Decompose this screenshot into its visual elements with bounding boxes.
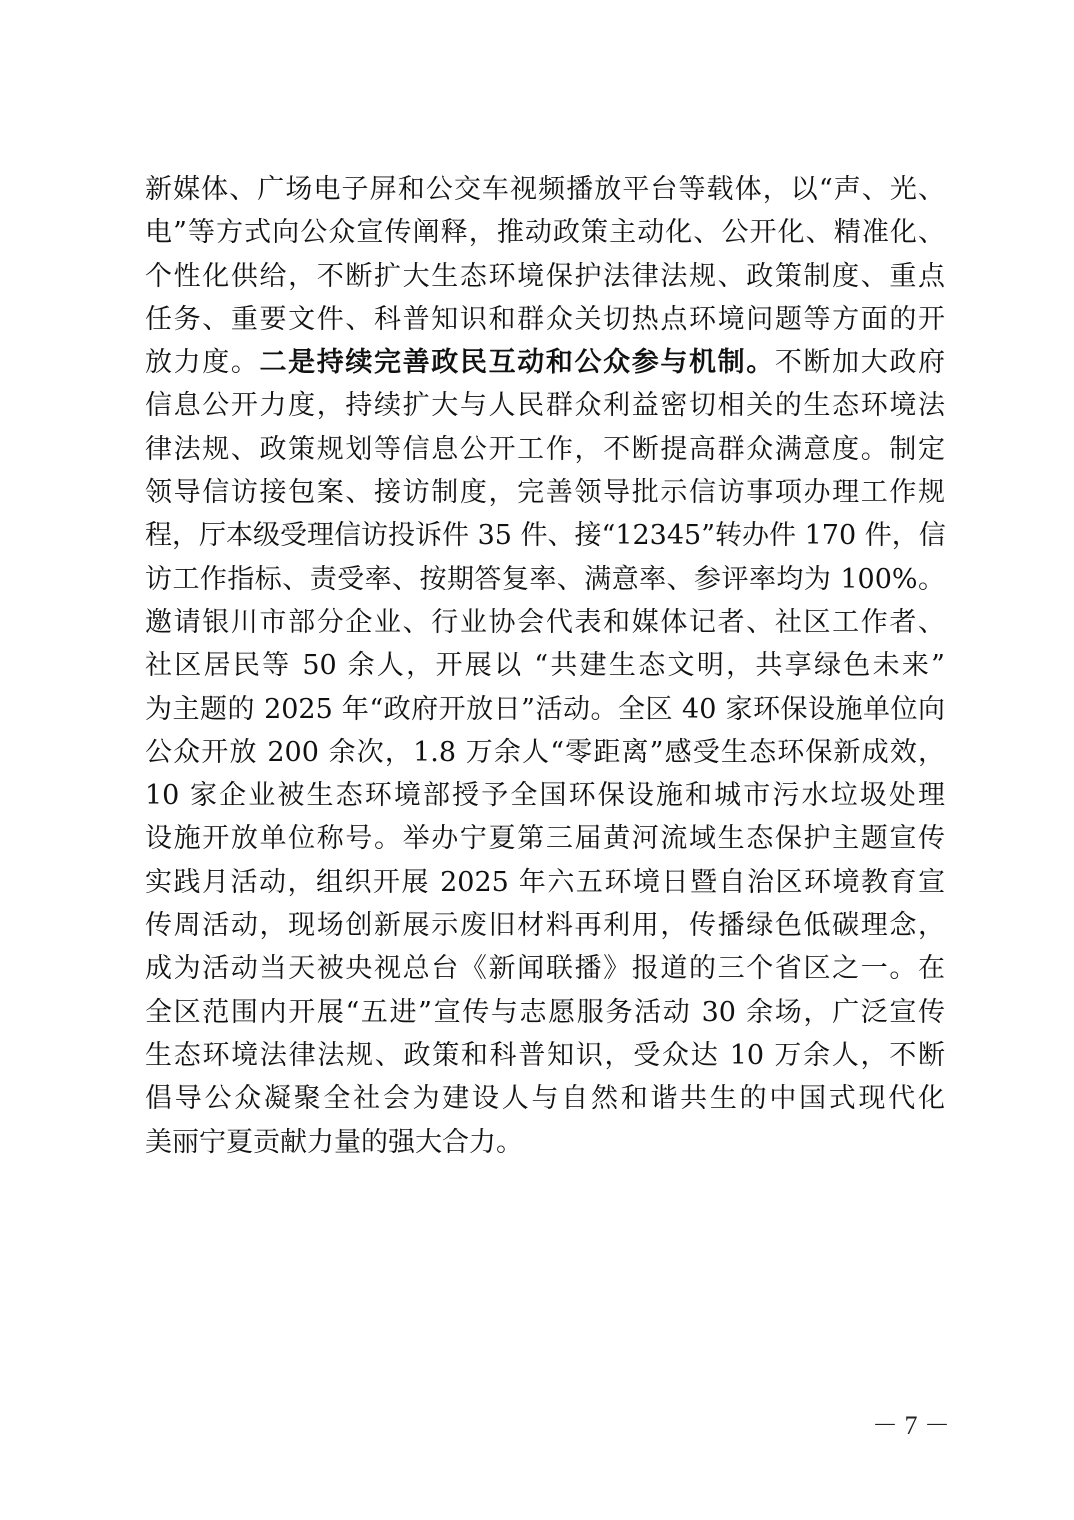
text-segment: 新媒体、广场电子屏和公交车视频播放平台等载体，以“声、光、 xyxy=(145,174,945,205)
text-segment: 成为活动当天被央视总台《新闻联播》报道的三个省区之一。在 xyxy=(145,953,945,984)
text-segment: 设施开放单位称号。举办宁夏第三届黄河流域生态保护主题宣传 xyxy=(145,823,945,854)
text-line: 程，厅本级受理信访投诉件 35 件、接“12345”转办件 170 件，信 xyxy=(145,514,945,557)
text-segment: 公众开放 200 余次，1.8 万余人“零距离”感受生态环保新成效， xyxy=(145,737,945,768)
text-segment: 个性化供给，不断扩大生态环境保护法律法规、政策制度、重点 xyxy=(145,261,945,292)
bold-heading-text: 二是持续完善政民互动和公众参与机制。 xyxy=(260,347,775,378)
text-segment: 邀请银川市部分企业、行业协会代表和媒体记者、社区工作者、 xyxy=(145,607,945,638)
text-line: 访工作指标、责受率、按期答复率、满意率、参评率均为 100%。 xyxy=(145,558,945,601)
text-segment: 访工作指标、责受率、按期答复率、满意率、参评率均为 100%。 xyxy=(145,564,945,595)
text-segment: 不断加大政府 xyxy=(775,347,945,378)
text-segment: 实践月活动，组织开展 2025 年六五环境日暨自治区环境教育宣 xyxy=(145,867,945,898)
text-line: 设施开放单位称号。举办宁夏第三届黄河流域生态保护主题宣传 xyxy=(145,817,945,860)
text-line: 倡导公众凝聚全社会为建设人与自然和谐共生的中国式现代化 xyxy=(145,1077,945,1120)
text-line: 放力度。二是持续完善政民互动和公众参与机制。不断加大政府 xyxy=(145,341,945,384)
text-line: 邀请银川市部分企业、行业协会代表和媒体记者、社区工作者、 xyxy=(145,601,945,644)
text-segment: 信息公开力度，持续扩大与人民群众利益密切相关的生态环境法 xyxy=(145,390,945,421)
text-line: 传周活动，现场创新展示废旧材料再利用，传播绿色低碳理念， xyxy=(145,904,945,947)
text-segment: 为主题的 2025 年“政府开放日”活动。全区 40 家环保设施单位向 xyxy=(145,694,945,725)
text-line: 新媒体、广场电子屏和公交车视频播放平台等载体，以“声、光、 xyxy=(145,168,945,211)
text-line: 公众开放 200 余次，1.8 万余人“零距离”感受生态环保新成效， xyxy=(145,731,945,774)
text-line: 电”等方式向公众宣传阐释，推动政策主动化、公开化、精准化、 xyxy=(145,211,945,254)
text-segment: 全区范围内开展“五进”宣传与志愿服务活动 30 余场，广泛宣传 xyxy=(145,997,945,1028)
text-segment: 电”等方式向公众宣传阐释，推动政策主动化、公开化、精准化、 xyxy=(145,217,945,248)
text-line: 律法规、政策规划等信息公开工作，不断提高群众满意度。制定 xyxy=(145,428,945,471)
text-segment: 传周活动，现场创新展示废旧材料再利用，传播绿色低碳理念， xyxy=(145,910,945,941)
page-number: － 7 － xyxy=(872,1405,952,1442)
text-segment: 倡导公众凝聚全社会为建设人与自然和谐共生的中国式现代化 xyxy=(145,1083,945,1114)
text-line: 全区范围内开展“五进”宣传与志愿服务活动 30 余场，广泛宣传 xyxy=(145,991,945,1034)
text-segment: 美丽宁夏贡献力量的强大合力。 xyxy=(145,1127,523,1158)
text-segment: 社区居民等 50 余人，开展以 “共建生态文明，共享绿色未来” xyxy=(145,650,945,681)
document-page: 新媒体、广场电子屏和公交车视频播放平台等载体，以“声、光、电”等方式向公众宣传阐… xyxy=(0,0,1074,1520)
text-segment: 生态环境法律法规、政策和科普知识，受众达 10 万余人，不断 xyxy=(145,1040,945,1071)
text-line: 任务、重要文件、科普知识和群众关切热点环境问题等方面的开 xyxy=(145,298,945,341)
text-segment: 程，厅本级受理信访投诉件 35 件、接“12345”转办件 170 件，信 xyxy=(145,520,946,551)
text-segment: 任务、重要文件、科普知识和群众关切热点环境问题等方面的开 xyxy=(145,304,945,335)
body-paragraph: 新媒体、广场电子屏和公交车视频播放平台等载体，以“声、光、电”等方式向公众宣传阐… xyxy=(145,168,945,1164)
text-line: 领导信访接包案、接访制度，完善领导批示信访事项办理工作规 xyxy=(145,471,945,514)
text-segment: 放力度。 xyxy=(145,347,260,378)
text-line: 生态环境法律法规、政策和科普知识，受众达 10 万余人，不断 xyxy=(145,1034,945,1077)
text-segment: 10 家企业被生态环境部授予全国环保设施和城市污水垃圾处理 xyxy=(145,780,945,811)
text-line: 美丽宁夏贡献力量的强大合力。 xyxy=(145,1121,945,1164)
text-segment: 律法规、政策规划等信息公开工作，不断提高群众满意度。制定 xyxy=(145,434,945,465)
text-line: 个性化供给，不断扩大生态环境保护法律法规、政策制度、重点 xyxy=(145,255,945,298)
text-line: 实践月活动，组织开展 2025 年六五环境日暨自治区环境教育宣 xyxy=(145,861,945,904)
text-line: 成为活动当天被央视总台《新闻联播》报道的三个省区之一。在 xyxy=(145,947,945,990)
text-line: 10 家企业被生态环境部授予全国环保设施和城市污水垃圾处理 xyxy=(145,774,945,817)
text-segment: 领导信访接包案、接访制度，完善领导批示信访事项办理工作规 xyxy=(145,477,945,508)
text-line: 信息公开力度，持续扩大与人民群众利益密切相关的生态环境法 xyxy=(145,384,945,427)
text-line: 社区居民等 50 余人，开展以 “共建生态文明，共享绿色未来” xyxy=(145,644,945,687)
text-line: 为主题的 2025 年“政府开放日”活动。全区 40 家环保设施单位向 xyxy=(145,688,945,731)
